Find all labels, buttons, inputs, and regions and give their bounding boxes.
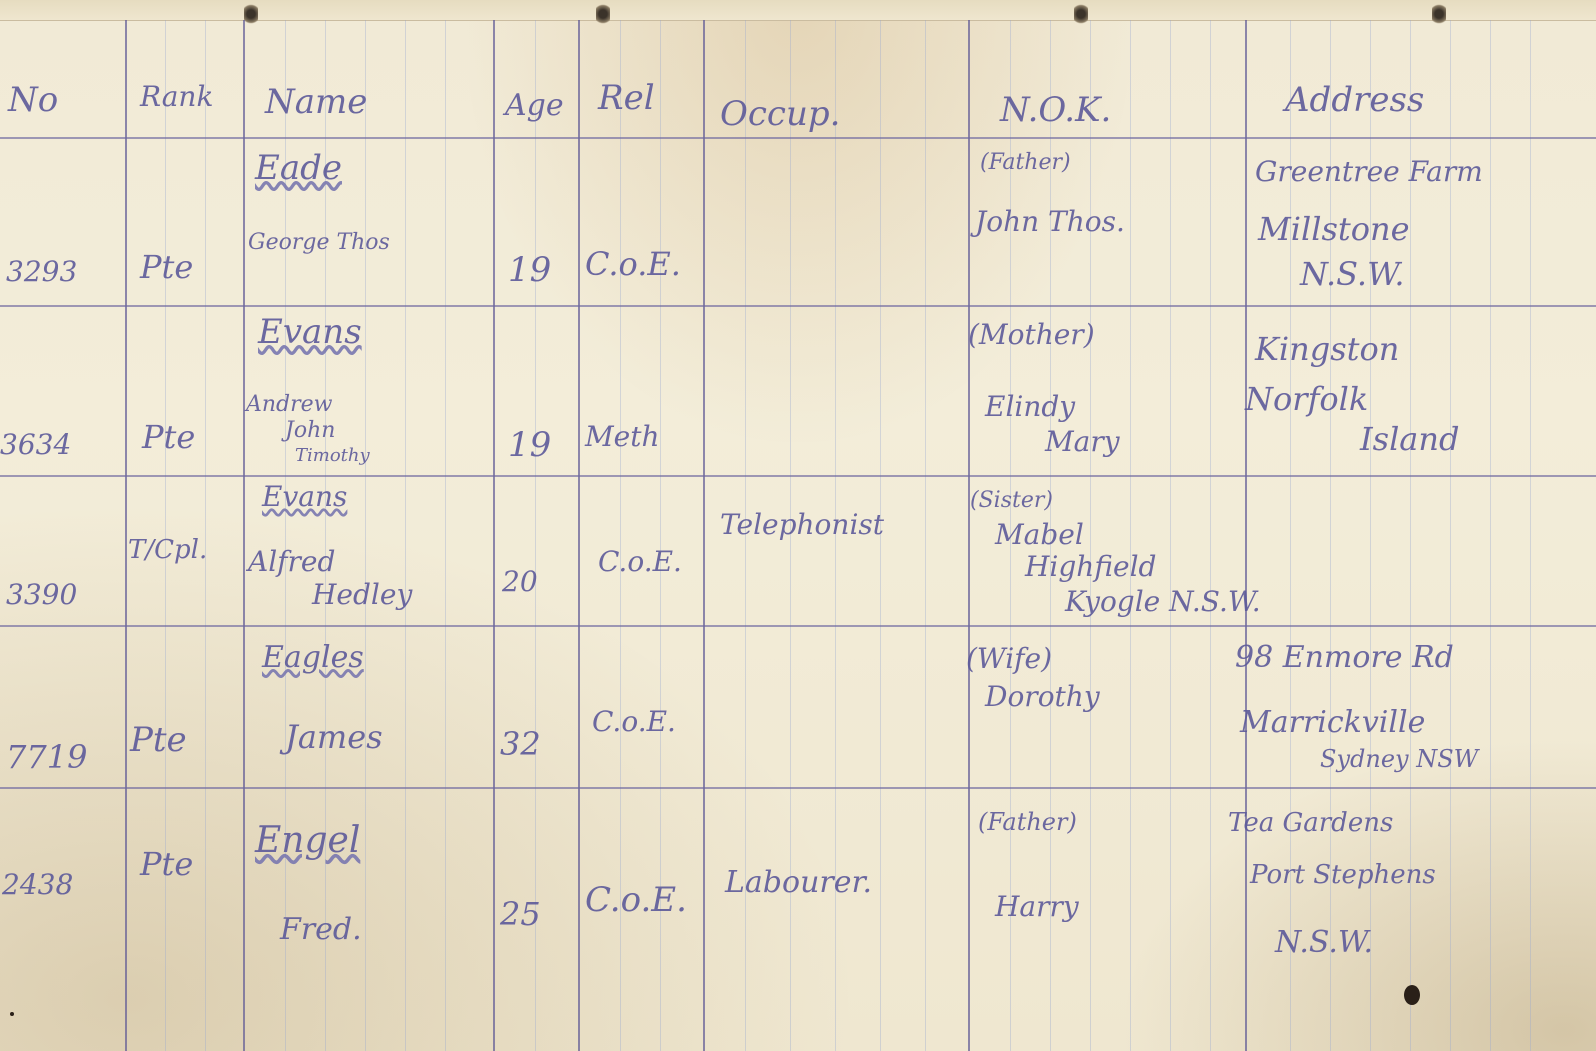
feint-rule — [1490, 20, 1491, 1051]
cell-address-line: N.S.W. — [1300, 255, 1405, 293]
cell-surname: Engel — [255, 820, 360, 861]
header-rank: Rank — [140, 80, 213, 113]
row-divider — [0, 305, 1596, 307]
column-divider — [968, 20, 970, 1051]
cell-address-line: 98 Enmore Rd — [1235, 640, 1454, 675]
cell-surname: Eagles — [262, 640, 364, 675]
feint-rule — [1530, 20, 1531, 1051]
cell-age: 19 — [508, 425, 551, 465]
feint-rule — [1090, 20, 1091, 1051]
feint-rule — [1170, 20, 1171, 1051]
cell-nok-name: Dorothy — [985, 680, 1100, 713]
cell-given-names: Andrew — [246, 392, 333, 417]
cell-address-line: Marrickville — [1240, 705, 1425, 740]
cell-nok-relation: (Father) — [978, 808, 1077, 836]
cell-religion: C.o.E. — [592, 705, 676, 738]
cell-given-names: Fred. — [280, 912, 362, 947]
staple-hole — [596, 2, 610, 26]
cell-address-line: N.S.W. — [1275, 925, 1373, 960]
feint-rule — [1130, 20, 1131, 1051]
cell-no: 3390 — [6, 578, 77, 611]
cell-age: 19 — [508, 250, 551, 290]
column-divider — [243, 20, 245, 1051]
cell-address-line: Port Stephens — [1250, 860, 1436, 890]
header-name: Name — [265, 82, 367, 122]
cell-age: 32 — [500, 725, 541, 763]
cell-given-names: Timothy — [295, 445, 370, 466]
cell-nok-name: Elindy — [985, 390, 1075, 423]
cell-age: 25 — [500, 895, 541, 933]
cell-address-line: Tea Gardens — [1228, 808, 1393, 838]
cell-rank: Pte — [140, 248, 193, 286]
cell-age: 20 — [502, 565, 538, 598]
cell-given-names: Alfred — [248, 545, 335, 578]
cell-nok-name: Highfield — [1025, 550, 1156, 583]
cell-nok-relation: (Mother) — [968, 318, 1095, 351]
cell-given-names: James — [285, 718, 383, 756]
header-age: Age — [505, 88, 564, 123]
cell-occupation: Labourer. — [725, 865, 872, 900]
header-no: No — [8, 80, 58, 120]
cell-religion: C.o.E. — [585, 880, 687, 920]
cell-religion: Meth — [585, 420, 660, 453]
ledger-page: No Rank Name Age Rel Occup. N.O.K. Addre… — [0, 0, 1596, 1051]
column-divider — [125, 20, 127, 1051]
feint-rule — [365, 20, 366, 1051]
cell-no: 3293 — [6, 255, 77, 288]
cell-nok-relation: (Father) — [980, 150, 1071, 175]
cell-address-line: Norfolk — [1245, 380, 1368, 418]
staple-hole — [1432, 2, 1446, 26]
cell-nok-relation: (Sister) — [970, 488, 1053, 513]
cell-address-line: Greentree Farm — [1255, 155, 1483, 188]
cell-surname: Eade — [255, 148, 342, 188]
header-address: Address — [1285, 80, 1424, 120]
cell-nok-name: John Thos. — [975, 205, 1125, 238]
cell-address-line: Island — [1360, 420, 1459, 458]
column-divider — [493, 20, 495, 1051]
staple-hole — [244, 2, 258, 26]
cell-rank: Pte — [140, 845, 193, 883]
cell-nok-relation: (Wife) — [966, 642, 1052, 675]
cell-religion: C.o.E. — [598, 545, 682, 578]
top-fold-edge — [0, 0, 1596, 21]
feint-rule — [1210, 20, 1211, 1051]
cell-no: 2438 — [2, 868, 73, 901]
feint-rule — [445, 20, 446, 1051]
ink-blot — [10, 1012, 14, 1016]
cell-occupation: Telephonist — [720, 508, 884, 541]
cell-religion: C.o.E. — [585, 245, 681, 283]
cell-nok-name: Mabel — [995, 518, 1084, 551]
feint-rule — [925, 20, 926, 1051]
ink-blot — [1404, 985, 1420, 1005]
cell-nok-name: Harry — [995, 890, 1079, 923]
cell-rank: Pte — [130, 720, 187, 760]
header-rel: Rel — [598, 78, 655, 118]
cell-given-names: George Thos — [248, 230, 390, 255]
column-divider — [1245, 20, 1247, 1051]
column-divider — [578, 20, 580, 1051]
cell-address-line: Kingston — [1255, 330, 1399, 368]
cell-address-line: Millstone — [1258, 210, 1410, 248]
row-divider — [0, 475, 1596, 477]
column-divider — [703, 20, 705, 1051]
row-divider — [0, 625, 1596, 627]
cell-surname: Evans — [258, 312, 362, 352]
cell-nok-name: Mary — [1045, 425, 1120, 458]
cell-rank: Pte — [142, 418, 195, 456]
cell-address-line: Sydney NSW — [1320, 745, 1478, 773]
feint-rule — [405, 20, 406, 1051]
row-divider — [0, 137, 1596, 139]
row-divider — [0, 787, 1596, 789]
cell-given-names: John — [285, 418, 335, 443]
cell-no: 3634 — [0, 428, 71, 461]
staple-hole — [1074, 2, 1088, 26]
header-occupation: Occup. — [720, 94, 840, 134]
cell-rank: T/Cpl. — [128, 535, 207, 565]
cell-no: 7719 — [6, 738, 87, 776]
cell-surname: Evans — [262, 480, 347, 513]
cell-given-names: Hedley — [312, 578, 412, 611]
cell-nok-name: Kyogle N.S.W. — [1065, 585, 1261, 618]
header-nok: N.O.K. — [1000, 90, 1111, 130]
